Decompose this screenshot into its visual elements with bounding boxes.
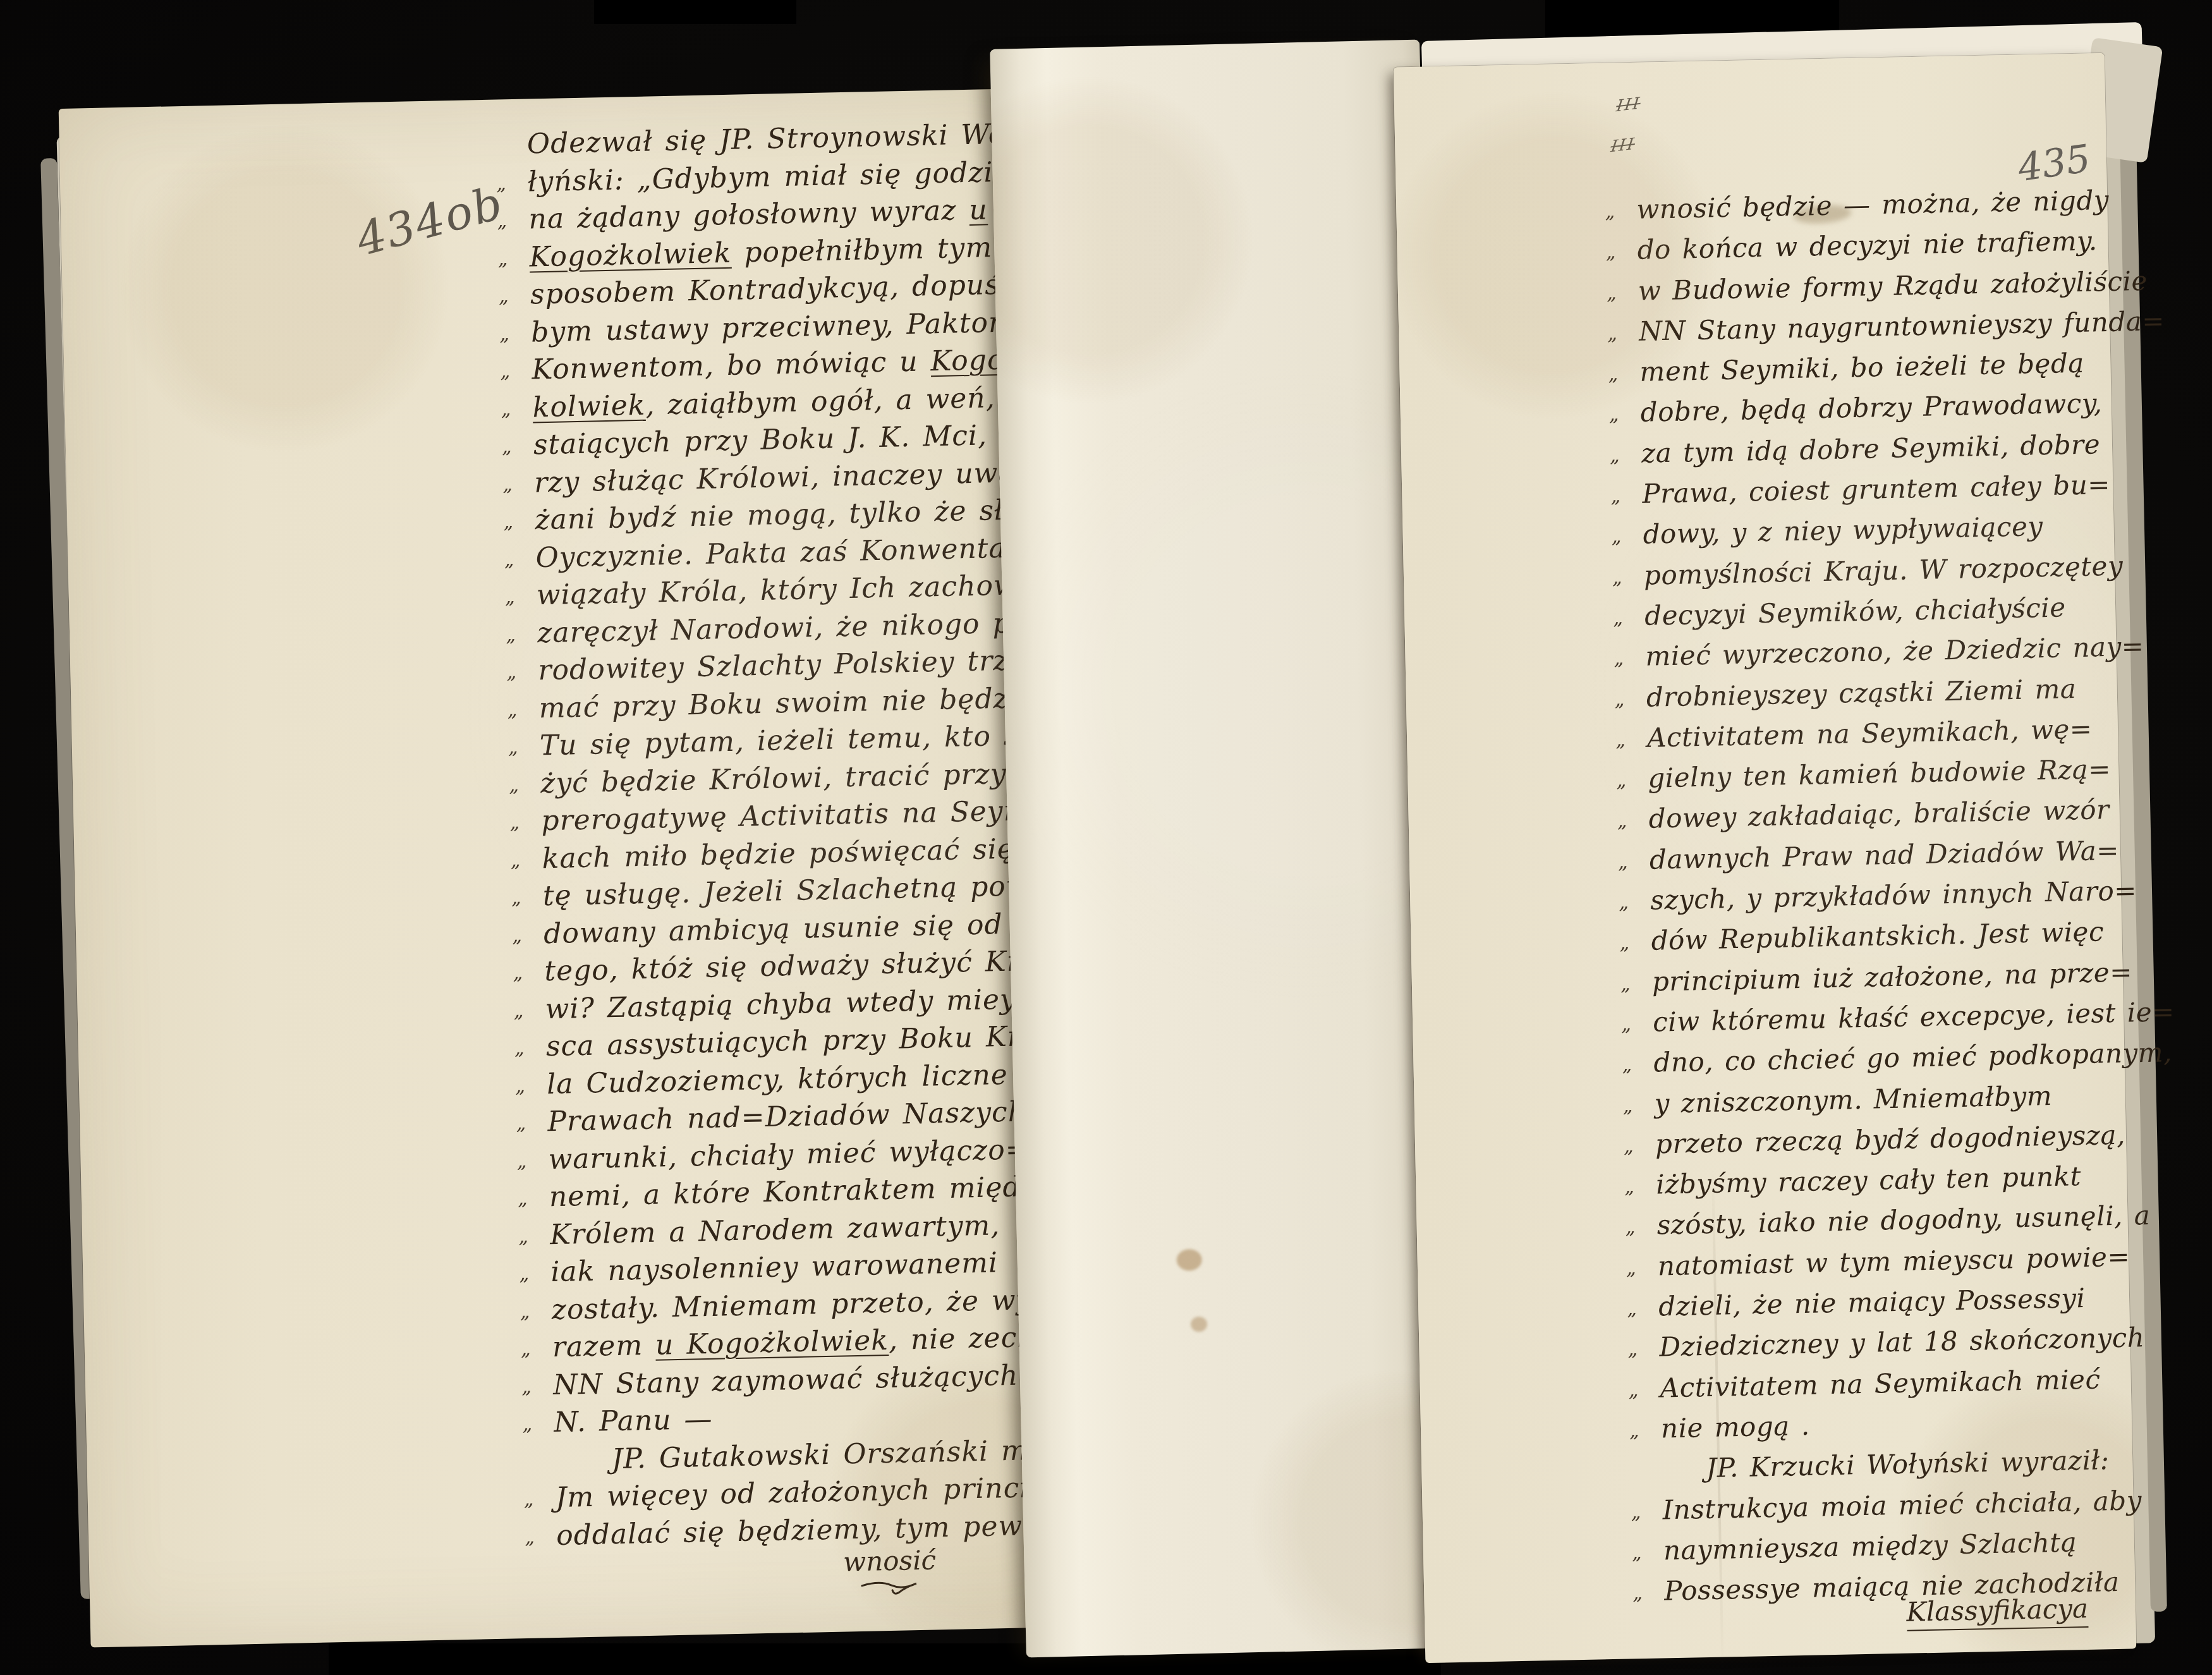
margin-quote-mark: „ [1622, 1088, 1655, 1117]
margin-quote-mark: „ [1624, 1128, 1656, 1157]
line-text: wnosić będzie — można, że nigdy [1636, 185, 2110, 225]
margin-quote-mark: „ [1621, 1007, 1653, 1036]
margin-quote-mark: „ [507, 692, 539, 721]
margin-quote-mark [495, 128, 526, 135]
line-text: nie mogą . [1661, 1410, 1810, 1444]
center-blank-leaf [990, 40, 1456, 1658]
margin-quote-mark: „ [1614, 681, 1646, 710]
foxing-stain [1176, 1249, 1202, 1271]
margin-quote-mark: „ [1616, 763, 1648, 792]
margin-quote-mark: „ [515, 1068, 547, 1097]
margin-quote-mark: „ [513, 955, 545, 984]
foxing-stain [1191, 1317, 1208, 1332]
margin-quote-mark: „ [1611, 519, 1643, 548]
manuscript-scan: 40 434ob Odezwał się JP. Stroynowski Wo=… [0, 0, 2212, 1675]
margin-quote-mark: „ [496, 166, 528, 195]
margin-quote-mark: „ [499, 316, 532, 345]
margin-quote-mark: „ [1615, 722, 1648, 752]
background-notch [594, 0, 796, 24]
margin-quote-mark: „ [1632, 1576, 1665, 1605]
margin-quote-mark: „ [1619, 925, 1651, 954]
margin-quote-mark: „ [512, 918, 544, 947]
margin-quote-mark: „ [1627, 1291, 1659, 1320]
margin-quote-mark: „ [525, 1520, 557, 1549]
margin-quote-mark: „ [1606, 275, 1638, 304]
margin-quote-mark [1630, 1454, 1662, 1461]
line-text: Odezwał się JP. Stroynowski Wo= [526, 118, 1030, 161]
margin-quote-mark: „ [522, 1406, 554, 1435]
right-page: III III 435 „ wnosić będzie — można, że … [1394, 53, 2136, 1663]
margin-quote-mark: „ [1625, 1210, 1657, 1239]
margin-quote-mark: „ [516, 1143, 549, 1172]
margin-quote-mark: „ [1610, 478, 1643, 508]
margin-quote-mark: „ [1628, 1372, 1660, 1401]
left-page-number: 434ob [351, 176, 509, 266]
margin-quote-mark: „ [523, 1482, 556, 1511]
margin-quote-mark: „ [1608, 397, 1641, 426]
margin-quote-mark: „ [497, 241, 530, 270]
line-text: N. Panu — [554, 1403, 713, 1439]
margin-quote-mark: „ [1626, 1250, 1658, 1279]
margin-quote-mark: „ [1620, 966, 1652, 995]
margin-quote-mark: „ [1631, 1535, 1663, 1564]
margin-quote-mark: „ [509, 805, 542, 834]
margin-quote-mark: „ [501, 429, 533, 458]
margin-quote-mark: „ [521, 1369, 554, 1398]
margin-quote-mark: „ [497, 203, 529, 232]
margin-quote-mark: „ [1617, 803, 1649, 832]
margin-quote-mark: „ [1619, 885, 1651, 914]
margin-quote-mark: „ [509, 767, 541, 796]
margin-quote-mark: „ [498, 278, 530, 307]
margin-quote-mark: „ [520, 1331, 552, 1360]
margin-quote-mark: „ [513, 993, 545, 1022]
margin-quote-mark: „ [1613, 600, 1645, 630]
margin-quote-mark: „ [510, 843, 542, 872]
margin-quote-mark: „ [502, 466, 535, 496]
margin-quote-mark: „ [511, 880, 543, 909]
margin-quote-mark: „ [503, 504, 535, 533]
margin-quote-mark: „ [504, 542, 536, 571]
margin-quote-mark: „ [1607, 316, 1639, 345]
margin-quote-mark: „ [500, 353, 532, 382]
margin-quote-mark: „ [516, 1105, 548, 1135]
margin-quote-mark: „ [1618, 844, 1650, 873]
margin-quote-mark: „ [1612, 559, 1644, 588]
margin-quote-mark: „ [506, 654, 538, 683]
margin-quote-mark: „ [504, 579, 537, 608]
left-page: 434ob Odezwał się JP. Stroynowski Wo= „ … [59, 88, 1102, 1648]
margin-quote-mark: „ [1605, 194, 1637, 223]
margin-quote-mark: „ [1624, 1169, 1656, 1198]
margin-quote-mark [523, 1444, 554, 1451]
left-catchword: wnosić [557, 1544, 937, 1602]
margin-quote-mark: „ [1613, 641, 1646, 670]
right-page-text: „ wnosić będzie — można, że nigdy „ do k… [1605, 183, 2191, 1617]
margin-quote-mark: „ [1631, 1494, 1663, 1523]
margin-quote-mark: „ [514, 1030, 546, 1059]
margin-quote-mark: „ [1610, 438, 1642, 467]
margin-quote-mark: „ [501, 391, 533, 420]
catchword-flourish [861, 1578, 918, 1596]
margin-quote-mark: „ [517, 1181, 549, 1210]
margin-quote-mark: „ [1622, 1047, 1654, 1076]
margin-quote-mark: „ [519, 1256, 551, 1285]
margin-quote-mark: „ [1605, 234, 1638, 264]
quire-mark: III [1608, 135, 1638, 157]
margin-quote-mark: „ [506, 617, 538, 646]
margin-quote-mark: „ [1608, 356, 1640, 386]
margin-quote-mark: „ [1629, 1413, 1662, 1442]
margin-quote-mark: „ [520, 1294, 552, 1323]
margin-quote-mark: „ [518, 1219, 550, 1248]
quire-mark: III [1613, 94, 1644, 116]
margin-quote-mark: „ [507, 729, 540, 758]
margin-quote-mark: „ [1627, 1332, 1660, 1361]
right-page-number: 435 [2015, 137, 2093, 191]
